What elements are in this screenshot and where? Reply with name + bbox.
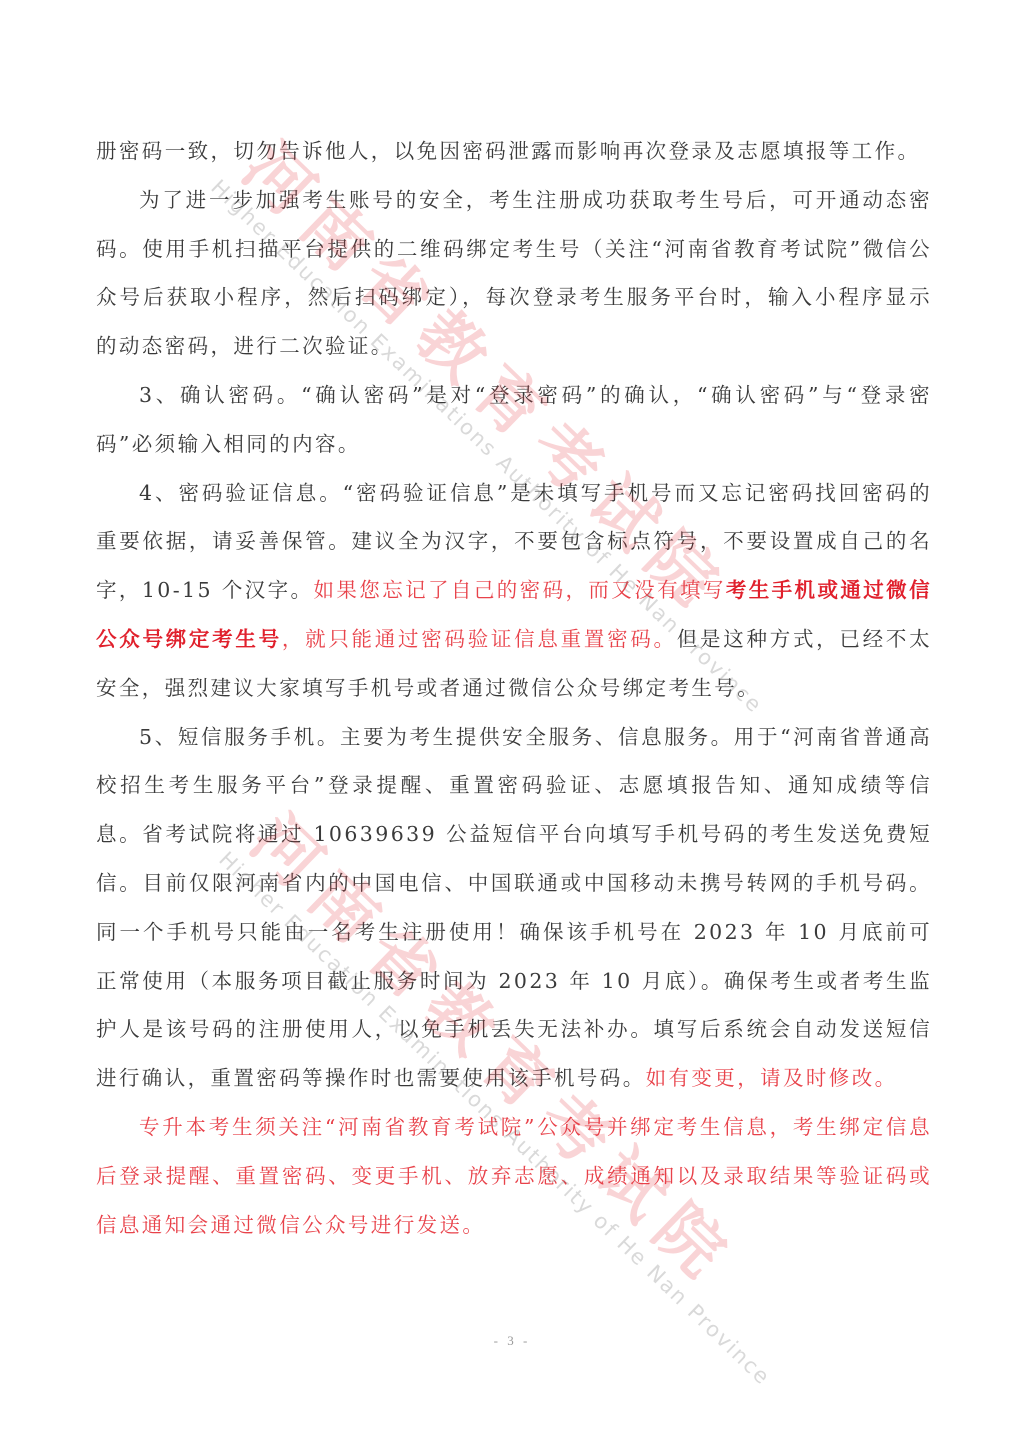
text-segment: 册密码一致，切勿告诉他人，以免因密码泄露而影响再次登录及志愿填报等工作。 — [96, 139, 920, 163]
red-notice-text: 专升本考生须关注“河南省教育考试院”公众号并绑定考生信息，考生绑定信息后登录提醒… — [96, 1115, 932, 1237]
page-number: - 3 - — [0, 1333, 1024, 1349]
document-page: 册密码一致，切勿告诉他人，以免因密码泄露而影响再次登录及志愿填报等工作。 为了进… — [0, 0, 1024, 1448]
paragraph-continuation: 册密码一致，切勿告诉他人，以免因密码泄露而影响再次登录及志愿填报等工作。 — [96, 127, 932, 176]
paragraph-sms-phone: 5、短信服务手机。主要为考生提供安全服务、信息服务。用于“河南省普通高校招生考生… — [96, 713, 932, 1103]
text-segment: 为了进一步加强考生账号的安全，考生注册成功获取考生号后，可开通动态密码。使用手机… — [96, 188, 932, 358]
paragraph-password-verification: 4、密码验证信息。“密码验证信息”是未填写手机号而又忘记密码找回密码的重要依据，… — [96, 469, 932, 713]
text-segment: 5、短信服务手机。主要为考生提供安全服务、信息服务。用于“河南省普通高校招生考生… — [96, 725, 932, 1091]
red-warning-text: ，就只能通过密码验证信息重置密码。 — [282, 627, 677, 651]
paragraph-confirm-password: 3、确认密码。“确认密码”是对“登录密码”的确认，“确认密码”与“登录密码”必须… — [96, 371, 932, 469]
red-warning-text: 如果您忘记了自己的密码，而又没有填写 — [313, 578, 725, 602]
text-segment: 3、确认密码。“确认密码”是对“登录密码”的确认，“确认密码”与“登录密码”必须… — [96, 383, 932, 456]
paragraph-wechat-notice: 专升本考生须关注“河南省教育考试院”公众号并绑定考生信息，考生绑定信息后登录提醒… — [96, 1103, 932, 1249]
paragraph-dynamic-password: 为了进一步加强考生账号的安全，考生注册成功获取考生号后，可开通动态密码。使用手机… — [96, 176, 932, 371]
red-warning-text: 如有变更，请及时修改。 — [646, 1066, 898, 1090]
document-body: 册密码一致，切勿告诉他人，以免因密码泄露而影响再次登录及志愿填报等工作。 为了进… — [96, 127, 932, 1249]
